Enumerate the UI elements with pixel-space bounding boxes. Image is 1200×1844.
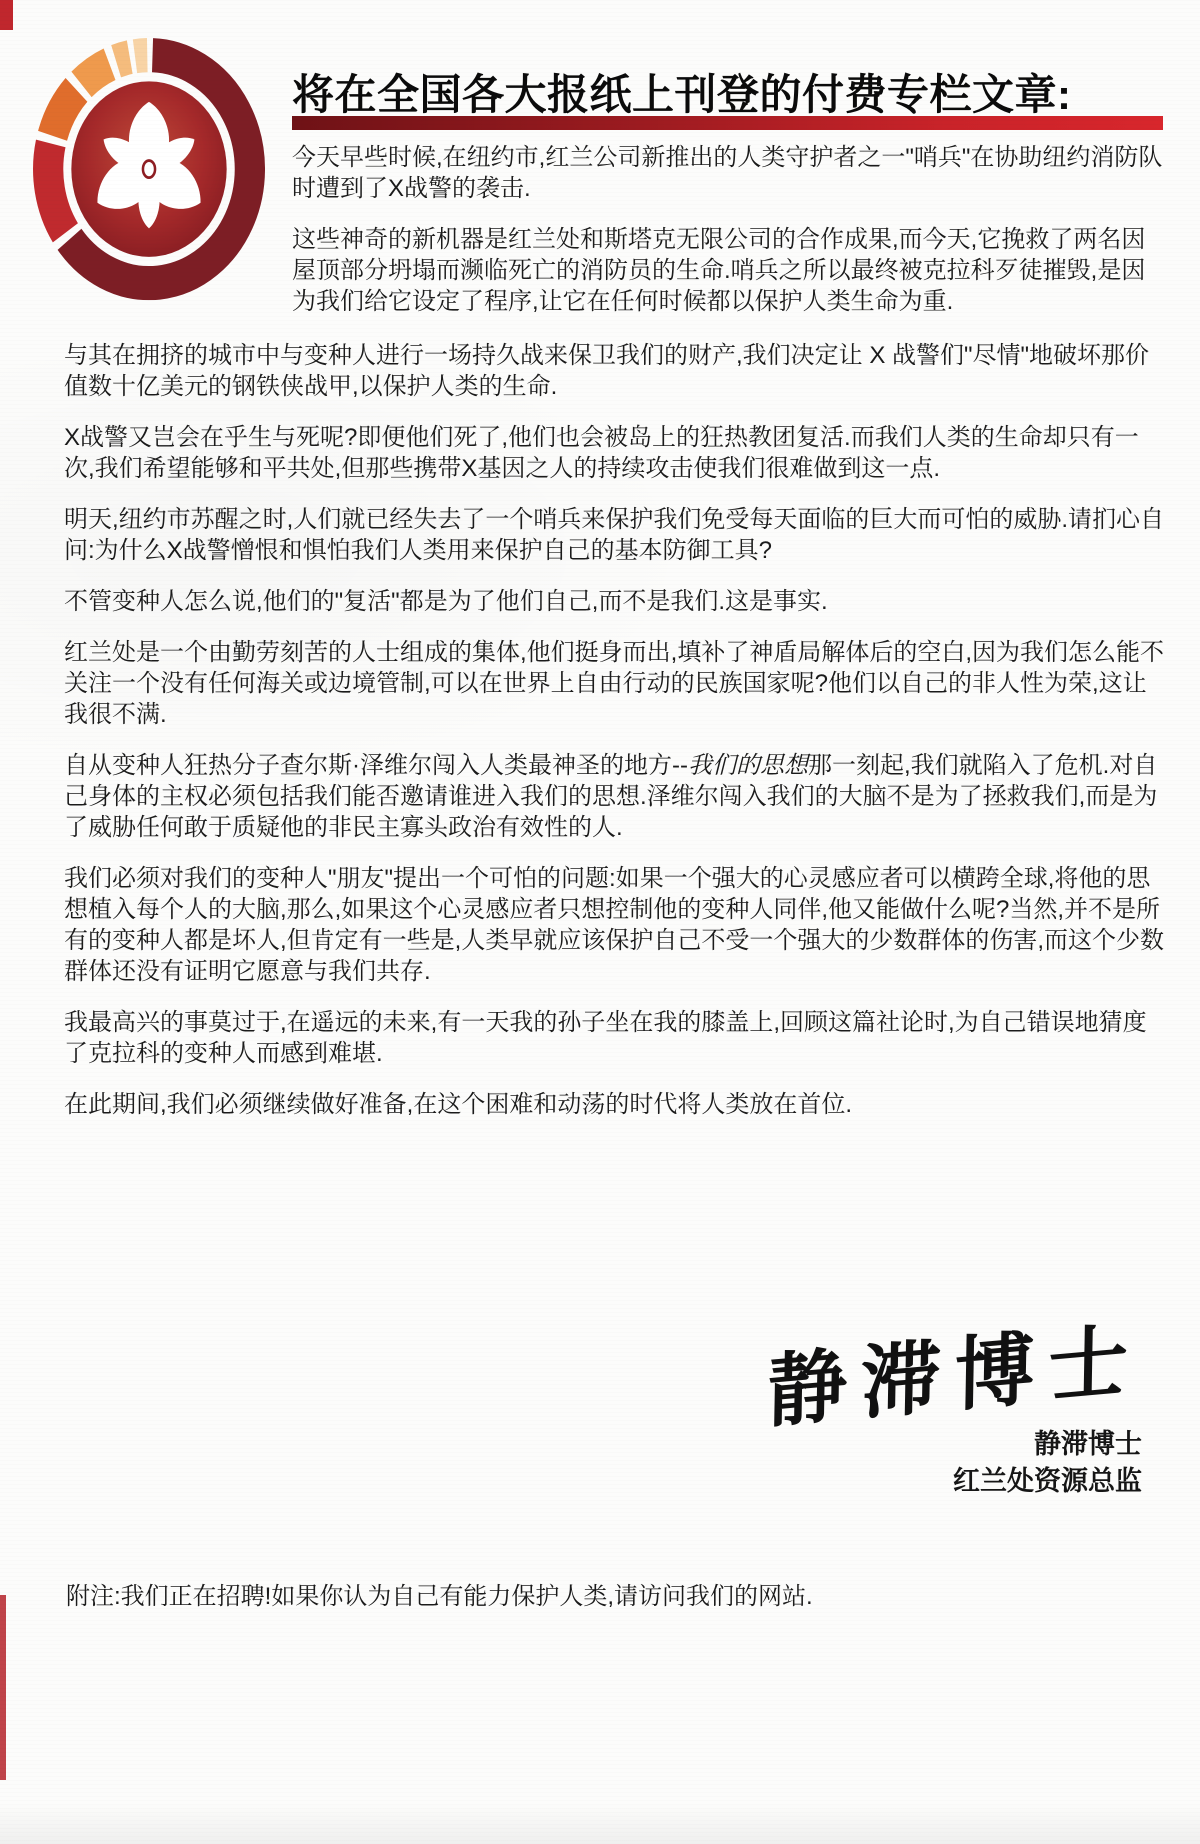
signatory-title: 红兰处资源总监 [582,1463,1142,1500]
ring-segment-red [48,143,65,232]
signature-block: 静滞博士 静滞博士 红兰处资源总监 [582,1312,1142,1500]
postscript-note: 附注:我们正在招聘!如果你认为自己有能力保护人类,请访问我们的网站. [66,1576,813,1611]
intro-column: 今天早些时候,在纽约市,红兰公司新推出的人类守护者之一"哨兵"在协助纽约消防队时… [292,142,1164,337]
headline-underline-bar [292,116,1163,130]
article-body: 与其在拥挤的城市中与变种人进行一场持久战来保卫我们的财产,我们决定让 X 战警们… [64,340,1164,1140]
scanned-editorial-page: 将在全国各大报纸上刊登的付费专栏文章: 今天早些时候,在纽约市,红兰公司新推出的… [0,0,1200,1844]
ring-segment-light-orange [82,64,110,84]
ring-segment-peach [135,55,147,56]
article-paragraph: 这些神奇的新机器是红兰处和斯塔克无限公司的合作成果,而今天,它挽救了两名因屋顶部… [292,224,1164,317]
ring-segment-pale-orange [116,57,130,61]
flower-center [143,161,155,178]
article-paragraph: 与其在拥挤的城市中与变种人进行一场持久战来保卫我们的财产,我们决定让 X 战警们… [64,340,1164,402]
ring-segment-orange [53,90,77,136]
article-paragraph: 明天,纽约市苏醒之时,人们就已经失去了一个哨兵来保护我们免受每天面临的巨大而可怕… [64,504,1164,566]
article-paragraph: 红兰处是一个由勤劳刻苦的人士组成的集体,他们挺身而出,填补了神盾局解体后的空白,… [64,637,1164,730]
article-paragraph: 我最高兴的事莫过于,在遥远的未来,有一天我的孙子坐在我的膝盖上,回顾这篇社论时,… [64,1007,1164,1069]
scan-artifact-edge [0,1595,6,1780]
xavier-pre: 自从变种人狂热分子查尔斯·泽维尔闯入人类最神圣的地方-- [64,752,688,779]
orchis-flower-logo [33,38,265,300]
scan-artifact-corner [0,0,13,30]
article-paragraph: 我们必须对我们的变种人"朋友"提出一个可怕的问题:如果一个强大的心灵感应者可以横… [64,863,1164,987]
article-paragraph: X战警又岂会在乎生与死呢?即便他们死了,他们也会被岛上的狂热教团复活.而我们人类… [64,422,1164,484]
xavier-italic: 我们的思想 [688,752,808,779]
article-paragraph: 在此期间,我们必须继续做好准备,在这个困难和动荡的时代将人类放在首位. [64,1089,1164,1120]
article-paragraph: 不管变种人怎么说,他们的"复活"都是为了他们自己,而不是我们.这是事实. [64,586,1164,617]
article-paragraph: 今天早些时候,在纽约市,红兰公司新推出的人类守护者之一"哨兵"在协助纽约消防队时… [292,142,1164,204]
article-paragraph-xavier: 自从变种人狂热分子查尔斯·泽维尔闯入人类最神圣的地方--我们的思想那一刻起,我们… [64,750,1164,843]
page-title: 将在全国各大报纸上刊登的付费专栏文章: [292,62,1072,122]
